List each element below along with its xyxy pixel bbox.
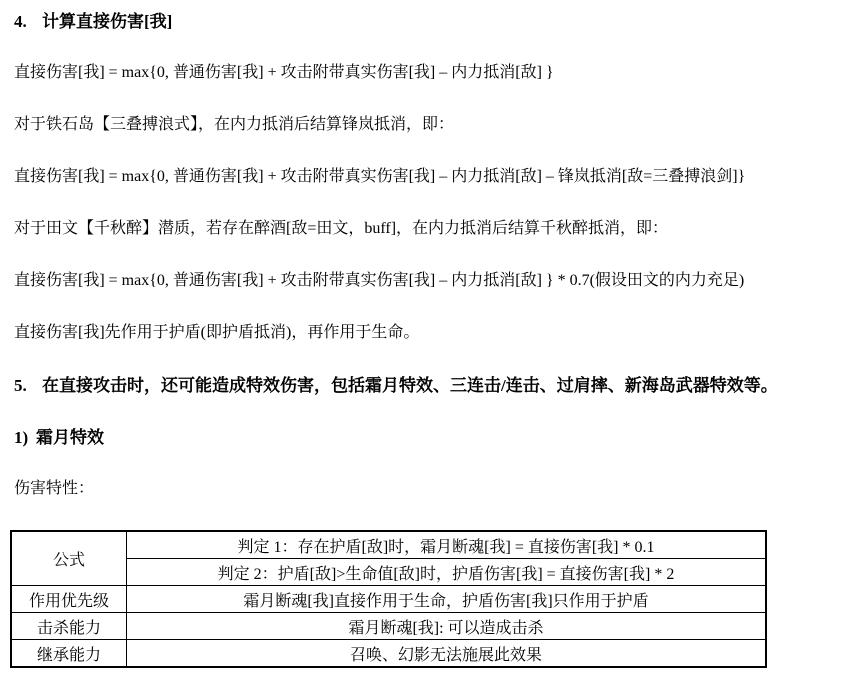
section-4-number: 4. (14, 10, 42, 34)
table-label-priority: 作用优先级 (11, 586, 127, 613)
table-cell-inherit-ability: 召唤、幻影无法施展此效果 (127, 640, 767, 668)
subsection-1-title: 霜月特效 (36, 428, 104, 447)
formula-direct-damage-fenglan: 直接伤害[我] = max{0, 普通伤害[我] + 攻击附带真实伤害[我] –… (14, 166, 852, 188)
subsection-heading-1: 1)霜月特效 (14, 426, 852, 450)
frost-moon-properties-table: 公式 判定 1：存在护盾[敌]时，霜月断魂[我] = 直接伤害[我] * 0.1… (10, 530, 767, 668)
table-row-priority: 作用优先级 霜月断魂[我]直接作用于生命，护盾伤害[我]只作用于护盾 (11, 586, 766, 613)
para-tieshidao-note: 对于铁石岛【三叠搏浪式】，在内力抵消后结算锋岚抵消，即： (14, 114, 852, 136)
subsection-1-number: 1) (14, 426, 36, 450)
para-shield-order: 直接伤害[我]先作用于护盾(即护盾抵消)，再作用于生命。 (14, 322, 852, 344)
table-label-kill-ability: 击杀能力 (11, 613, 127, 640)
table-cell-rule-1: 判定 1：存在护盾[敌]时，霜月断魂[我] = 直接伤害[我] * 0.1 (127, 531, 767, 559)
section-heading-5: 5.在直接攻击时，还可能造成特效伤害，包括霜月特效、三连击/连击、过肩摔、新海岛… (14, 374, 852, 398)
formula-direct-damage-qianqiuzui: 直接伤害[我] = max{0, 普通伤害[我] + 攻击附带真实伤害[我] –… (14, 270, 852, 292)
section-5-title: 在直接攻击时，还可能造成特效伤害，包括霜月特效、三连击/连击、过肩摔、新海岛武器… (42, 376, 778, 395)
document-page: 4.计算直接伤害[我] 直接伤害[我] = max{0, 普通伤害[我] + 攻… (0, 0, 866, 668)
table-row-inherit-ability: 继承能力 召唤、幻影无法施展此效果 (11, 640, 766, 668)
table-row-formula-1: 公式 判定 1：存在护盾[敌]时，霜月断魂[我] = 直接伤害[我] * 0.1 (11, 531, 766, 559)
table-label-formula: 公式 (11, 531, 127, 586)
section-5-number: 5. (14, 374, 42, 398)
table-row-kill-ability: 击杀能力 霜月断魂[我]: 可以造成击杀 (11, 613, 766, 640)
para-damage-traits-label: 伤害特性： (14, 478, 852, 500)
table-cell-kill-ability: 霜月断魂[我]: 可以造成击杀 (127, 613, 767, 640)
section-heading-4: 4.计算直接伤害[我] (14, 10, 852, 34)
para-tianwen-note: 对于田文【千秋醉】潜质，若存在醉酒[敌=田文，buff]，在内力抵消后结算千秋醉… (14, 218, 852, 240)
table-label-inherit-ability: 继承能力 (11, 640, 127, 668)
table-cell-rule-2: 判定 2：护盾[敌]>生命值[敌]时，护盾伤害[我] = 直接伤害[我] * 2 (127, 559, 767, 586)
section-4-title: 计算直接伤害[我] (42, 12, 172, 31)
formula-direct-damage-base: 直接伤害[我] = max{0, 普通伤害[我] + 攻击附带真实伤害[我] –… (14, 62, 852, 84)
table-cell-priority: 霜月断魂[我]直接作用于生命，护盾伤害[我]只作用于护盾 (127, 586, 767, 613)
